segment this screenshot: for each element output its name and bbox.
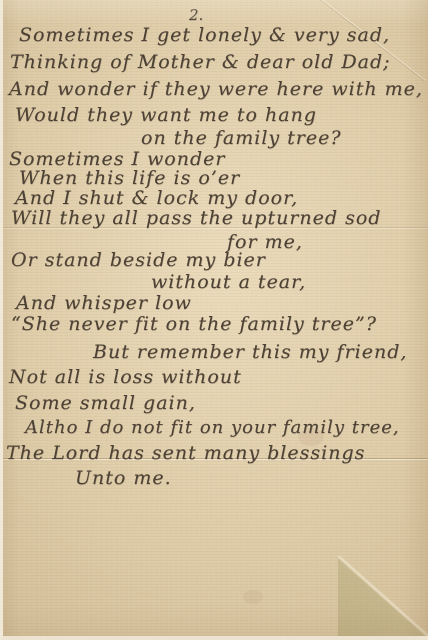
- page-number: 2.: [189, 6, 203, 24]
- poem-line: Not all is loss without: [9, 366, 242, 388]
- poem-line: And I shut & lock my door,: [15, 187, 298, 209]
- poem-line: When this life is o’er: [19, 167, 240, 189]
- poem-line: And wonder if they were here with me,: [9, 78, 423, 100]
- bottom-right-corner-fold: [338, 556, 428, 636]
- poem-line: Some small gain,: [15, 392, 196, 414]
- letter-page: 2. Sometimes I get lonely & very sad, Th…: [0, 0, 428, 640]
- paper-smudge: [243, 590, 263, 604]
- poem-line: Sometimes I get lonely & very sad,: [19, 24, 390, 46]
- poem-line: on the family tree?: [141, 127, 342, 149]
- poem-line: Would they want me to hang: [15, 104, 317, 126]
- poem-line: without a tear,: [151, 271, 306, 293]
- poem-line: Will they all pass the upturned sod: [11, 207, 381, 229]
- poem-line: The Lord has sent many blessings: [6, 442, 365, 464]
- poem-line: Unto me.: [75, 467, 172, 489]
- poem-line: Or stand beside my bier: [11, 249, 266, 271]
- poem-line: And whisper low: [16, 292, 192, 314]
- poem-line: “She never fit on the family tree”?: [11, 313, 377, 335]
- poem-line: Thinking of Mother & dear old Dad;: [10, 51, 391, 73]
- poem-line: Altho I do not fit on your family tree,: [25, 417, 400, 438]
- poem-line: But remember this my friend,: [93, 341, 407, 363]
